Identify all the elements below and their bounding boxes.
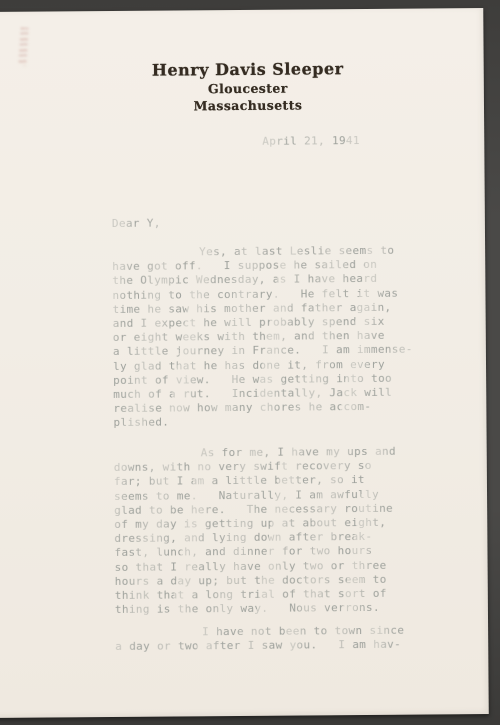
scan-backdrop: { "colors": { "backdrop": "#4a4947", "pa… [0,0,500,725]
paragraph-3: I have not been to town since a day or t… [115,624,404,655]
paragraph-2: As for me, I have my ups and downs, with… [114,445,398,618]
pencil-accession-mark [18,27,28,65]
date-line: April 21, 1941 [262,134,360,149]
letter-paper: Henry Davis Sleeper Gloucester Massachus… [0,8,489,718]
letter-line: plished. [113,414,413,431]
letter-line: a day or two after I saw you. I am hav- [115,638,404,654]
salutation: Dear Y, [112,217,161,232]
letterhead: Henry Davis Sleeper Gloucester Massachus… [0,58,498,116]
letter-line: thing is the only way. Nous verrons. [115,601,397,617]
letterhead-state: Massachusetts [0,95,498,116]
paragraph-1: Yes, at last Leslie seems to have got of… [112,244,413,431]
letter-line: realise now how many chores he accom- [113,400,413,417]
